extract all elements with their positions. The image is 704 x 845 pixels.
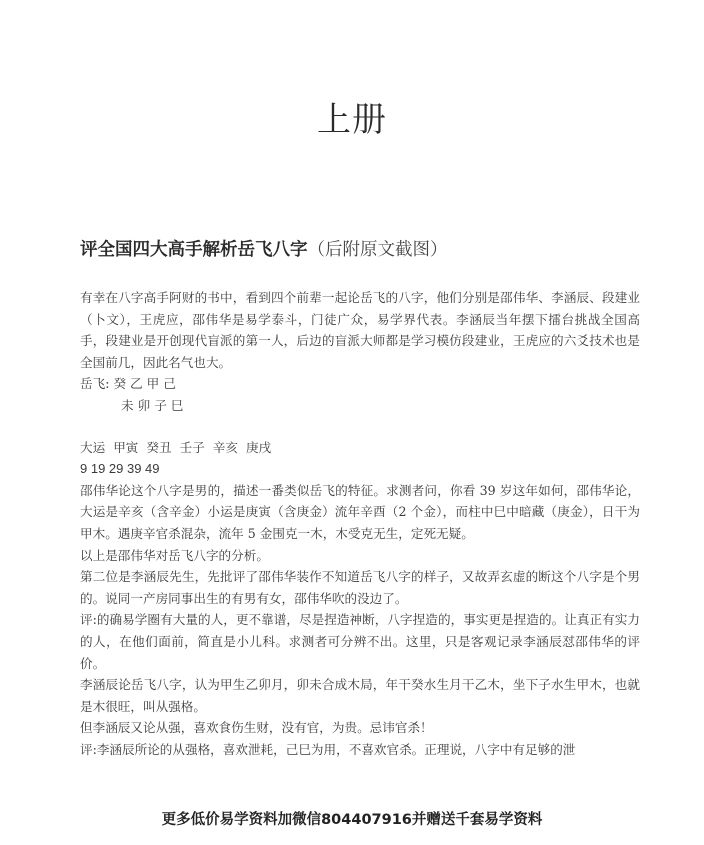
bazi-branches: 未 卯 子 巳 <box>121 398 183 413</box>
dayun-line: 大运 甲寅 癸丑 壬子 辛亥 庚戌 <box>80 437 640 459</box>
bazi-stems: 癸 乙 甲 己 <box>113 376 175 391</box>
li-critique: 第二位是李涵辰先生，先批评了邵伟华装作不知道岳飞八字的样子，又故弄玄虚的断这个八… <box>80 566 640 609</box>
shao-analysis: 邵伟华论这个八字是男的，描述一番类似岳飞的特征。求测者问，你看 39 岁这年如何… <box>80 480 640 545</box>
li-congqiang: 但李涵辰又论从强，喜欢食伤生财，没有官，为贵。忌讳官杀！ <box>80 717 640 739</box>
intro-paragraph: 有幸在八字高手阿财的书中，看到四个前辈一起论岳飞的八字，他们分别是邵伟华、李涵辰… <box>80 287 640 373</box>
bazi-row-stems: 岳飞: 癸 乙 甲 己 <box>80 373 640 395</box>
section-title: 评全国四大高手解析岳飞八字（后附原文截图） <box>80 236 448 261</box>
bazi-row-branches: 未 卯 子 巳 <box>80 395 640 417</box>
body-text: 有幸在八字高手阿财的书中，看到四个前辈一起论岳飞的八字，他们分别是邵伟华、李涵辰… <box>80 287 640 760</box>
volume-title: 上册 <box>0 92 704 141</box>
footer-ad: 更多低价易学资料加微信804407916并赠送千套易学资料 <box>0 808 704 829</box>
comment-1: 评:的确易学圈有大量的人，更不靠谱，尽是捏造神断，八字捏造的，事实更是捏造的。让… <box>80 609 640 674</box>
comment-2: 评:李涵辰所论的从强格，喜欢泄耗，己巳为用，不喜欢官杀。正理说，八字中有足够的泄 <box>80 739 640 761</box>
li-analysis: 李涵辰论岳飞八字，认为甲生乙卯月，卯未合成木局，年干癸水生月干乙木，坐下子水生甲… <box>80 674 640 717</box>
section-title-main: 评全国四大高手解析岳飞八字 <box>80 240 308 260</box>
section-subtitle: （后附原文截图） <box>308 240 448 260</box>
bazi-label: 岳飞: <box>80 376 109 391</box>
shao-summary: 以上是邵伟华对岳飞八字的分析。 <box>80 545 640 567</box>
dayun-ages: 9 19 29 39 49 <box>80 458 640 480</box>
